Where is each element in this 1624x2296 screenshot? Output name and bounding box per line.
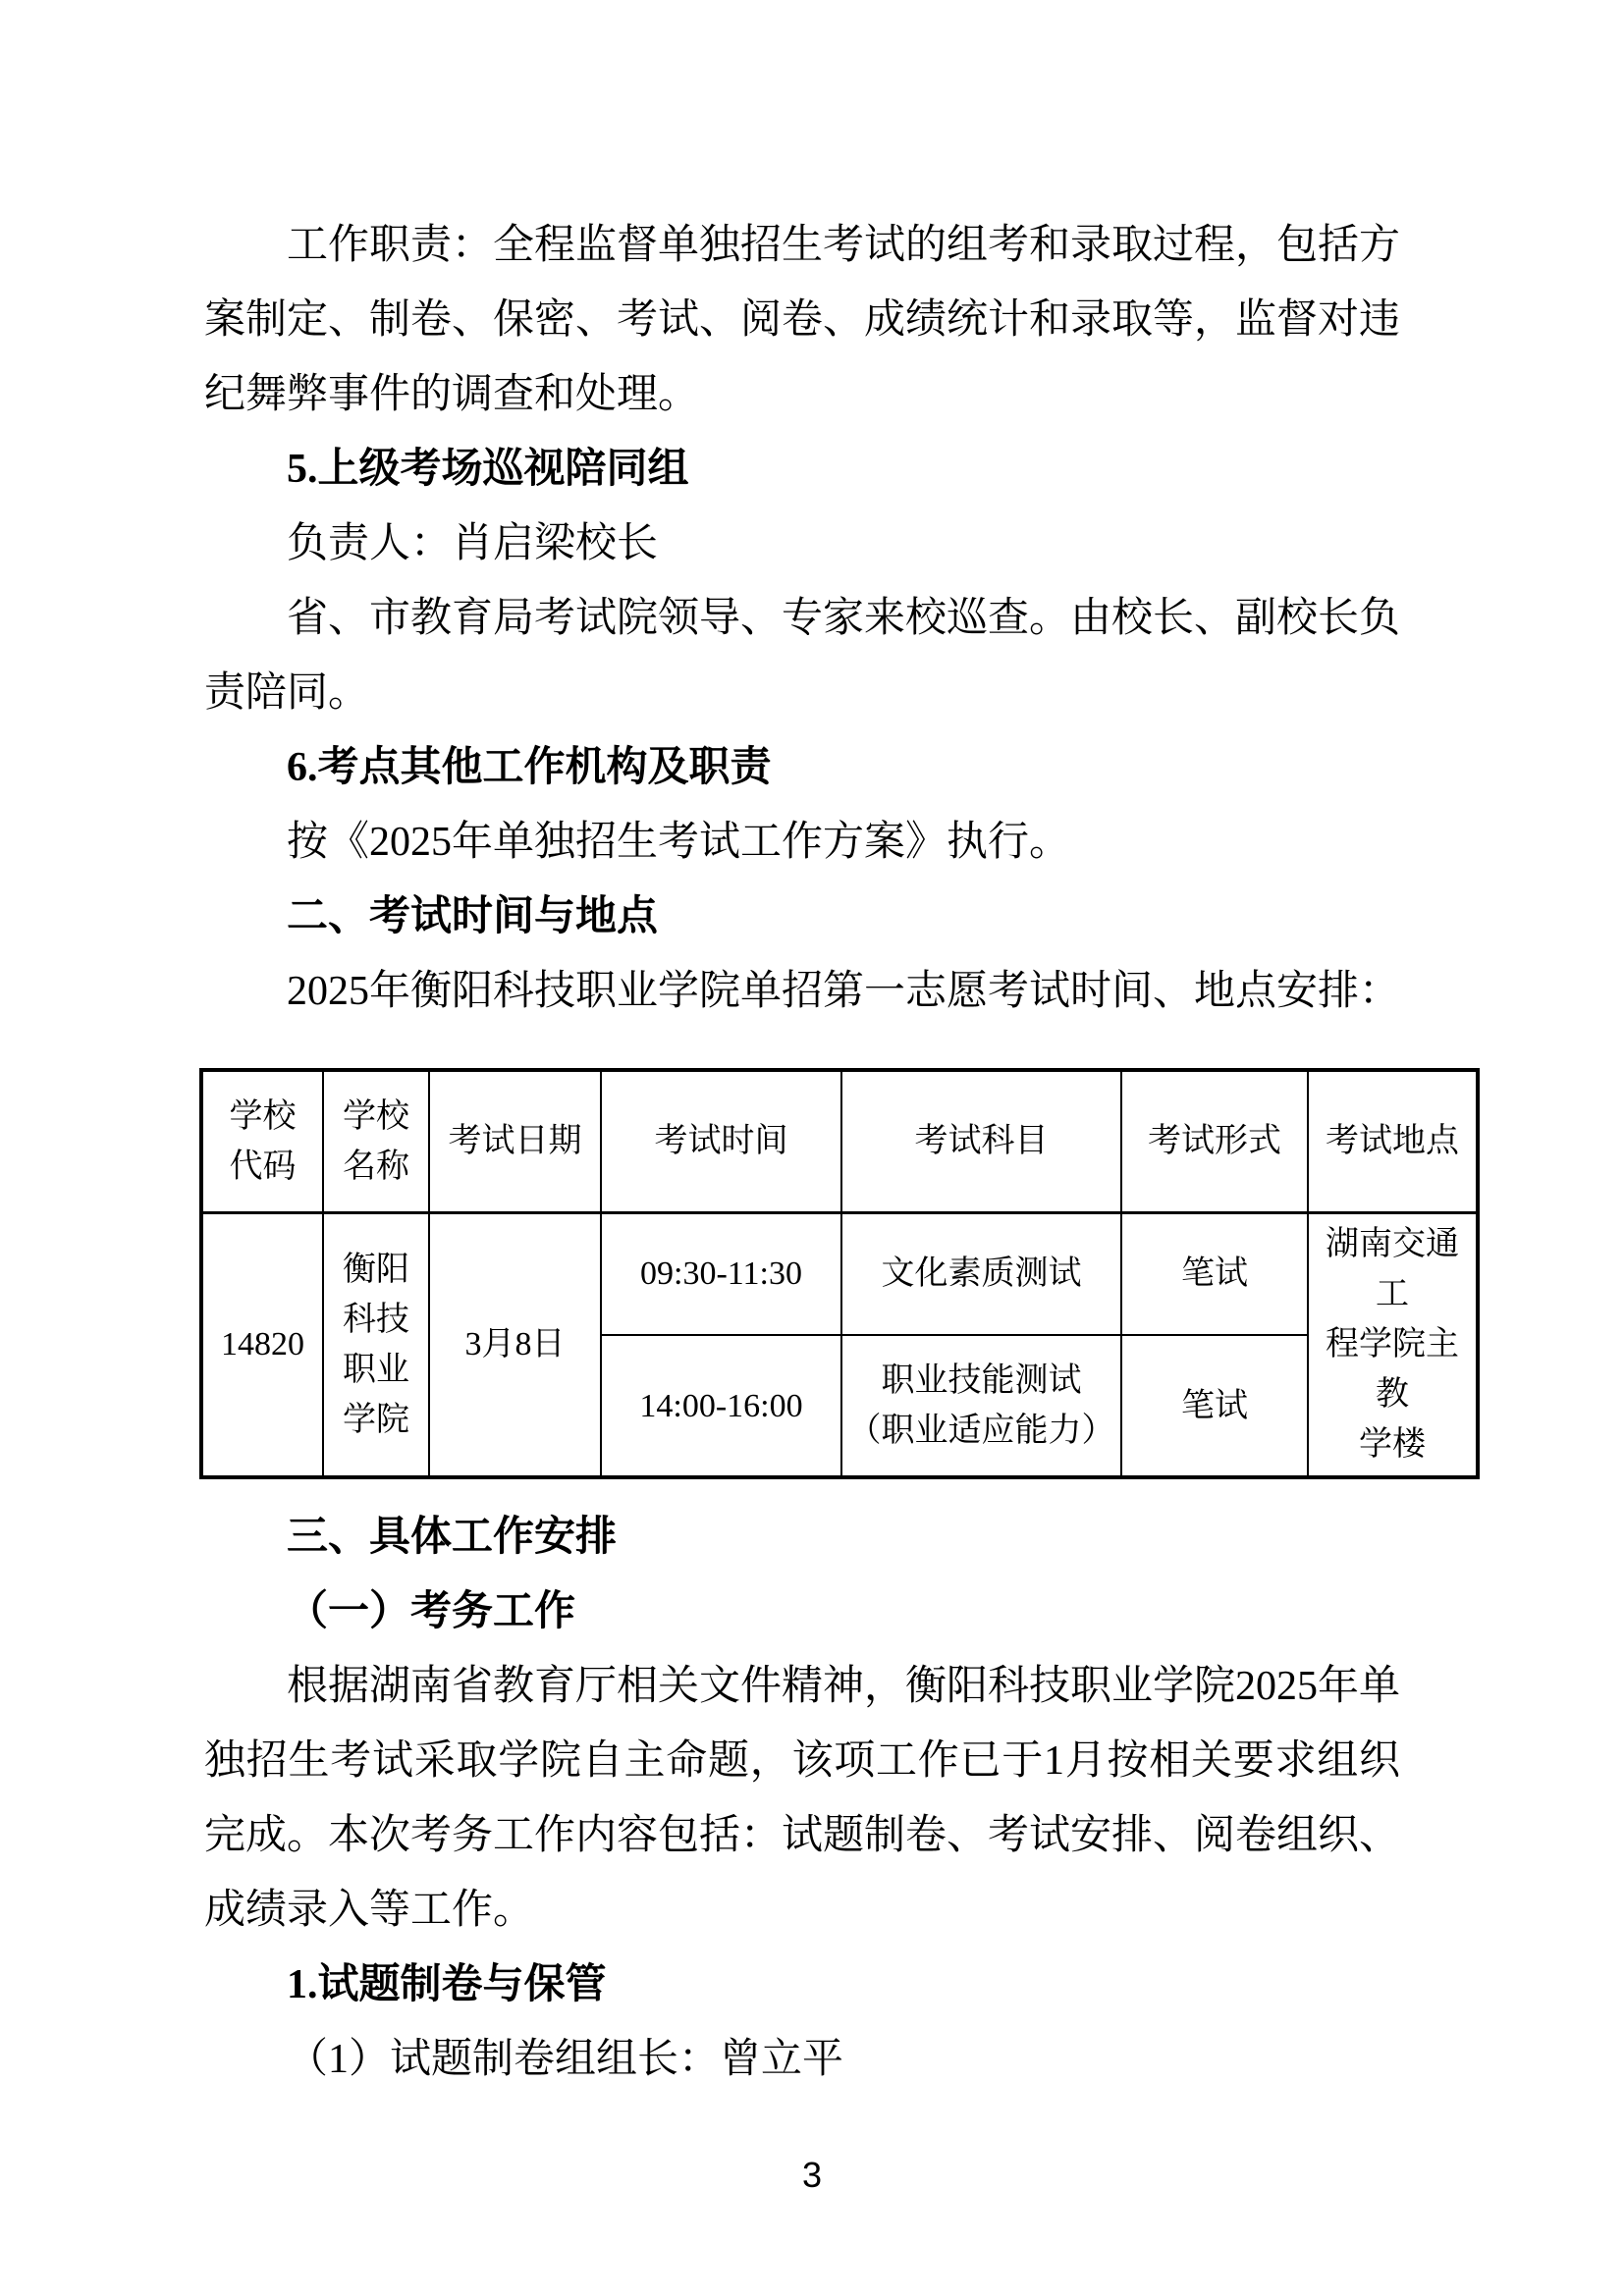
header-exam-format: 考试形式 xyxy=(1121,1070,1308,1212)
document-page: 工作职责：全程监督单独招生考试的组考和录取过程，包括方案制定、制卷、保密、考试、… xyxy=(0,0,1624,2296)
cell-school-name: 衡阳 科技 职业 学院 xyxy=(323,1212,429,1477)
heading-section-3: 三、具体工作安排 xyxy=(204,1500,1400,1575)
page-number: 3 xyxy=(0,2156,1624,2195)
paragraph-paper-group-leader: （1）试题制卷组组长：曾立平 xyxy=(204,2022,1400,2097)
paragraph-work-duties: 工作职责：全程监督单独招生考试的组考和录取过程，包括方案制定、制卷、保密、考试、… xyxy=(204,208,1400,432)
cell-session2-time: 14:00-16:00 xyxy=(601,1335,841,1477)
heading-group-5: 5.上级考场巡视陪同组 xyxy=(204,432,1400,507)
paragraph-plan-reference: 按《2025年单独招生考试工作方案》执行。 xyxy=(204,805,1400,880)
paragraph-schedule-intro: 2025年衡阳科技职业学院单招第一志愿考试时间、地点安排： xyxy=(204,954,1400,1029)
paragraph-exam-affairs: 根据湖南省教育厅相关文件精神，衡阳科技职业学院2025年单独招生考试采取学院自主… xyxy=(204,1649,1400,1948)
cell-session2-subject: 职业技能测试 （职业适应能力） xyxy=(841,1335,1121,1477)
header-exam-time: 考试时间 xyxy=(601,1070,841,1212)
heading-item-1: 1.试题制卷与保管 xyxy=(204,1948,1400,2022)
table-row-session-1: 14820 衡阳 科技 职业 学院 3月8日 09:30-11:30 文化素质测… xyxy=(201,1212,1478,1335)
table-header-row: 学校 代码 学校 名称 考试日期 考试时间 考试科目 考试形式 考试地点 xyxy=(201,1070,1478,1212)
header-exam-date: 考试日期 xyxy=(429,1070,601,1212)
cell-session1-format: 笔试 xyxy=(1121,1212,1308,1335)
heading-sub-1: （一）考务工作 xyxy=(204,1575,1400,1649)
cell-session2-format: 笔试 xyxy=(1121,1335,1308,1477)
cell-school-code: 14820 xyxy=(201,1212,323,1477)
header-school-name: 学校 名称 xyxy=(323,1070,429,1212)
paragraph-leader: 负责人：肖启梁校长 xyxy=(204,507,1400,581)
header-school-code: 学校 代码 xyxy=(201,1070,323,1212)
cell-exam-location: 湖南交通工 程学院主教 学楼 xyxy=(1308,1212,1478,1477)
cell-session1-subject: 文化素质测试 xyxy=(841,1212,1121,1335)
heading-section-2: 二、考试时间与地点 xyxy=(204,880,1400,954)
header-exam-location: 考试地点 xyxy=(1308,1070,1478,1212)
exam-schedule-table: 学校 代码 学校 名称 考试日期 考试时间 考试科目 考试形式 考试地点 148… xyxy=(199,1068,1480,1479)
cell-session1-time: 09:30-11:30 xyxy=(601,1212,841,1335)
paragraph-inspection: 省、市教育局考试院领导、专家来校巡查。由校长、副校长负责陪同。 xyxy=(204,581,1400,730)
cell-exam-date: 3月8日 xyxy=(429,1212,601,1477)
header-exam-subject: 考试科目 xyxy=(841,1070,1121,1212)
heading-group-6: 6.考点其他工作机构及职责 xyxy=(204,730,1400,805)
